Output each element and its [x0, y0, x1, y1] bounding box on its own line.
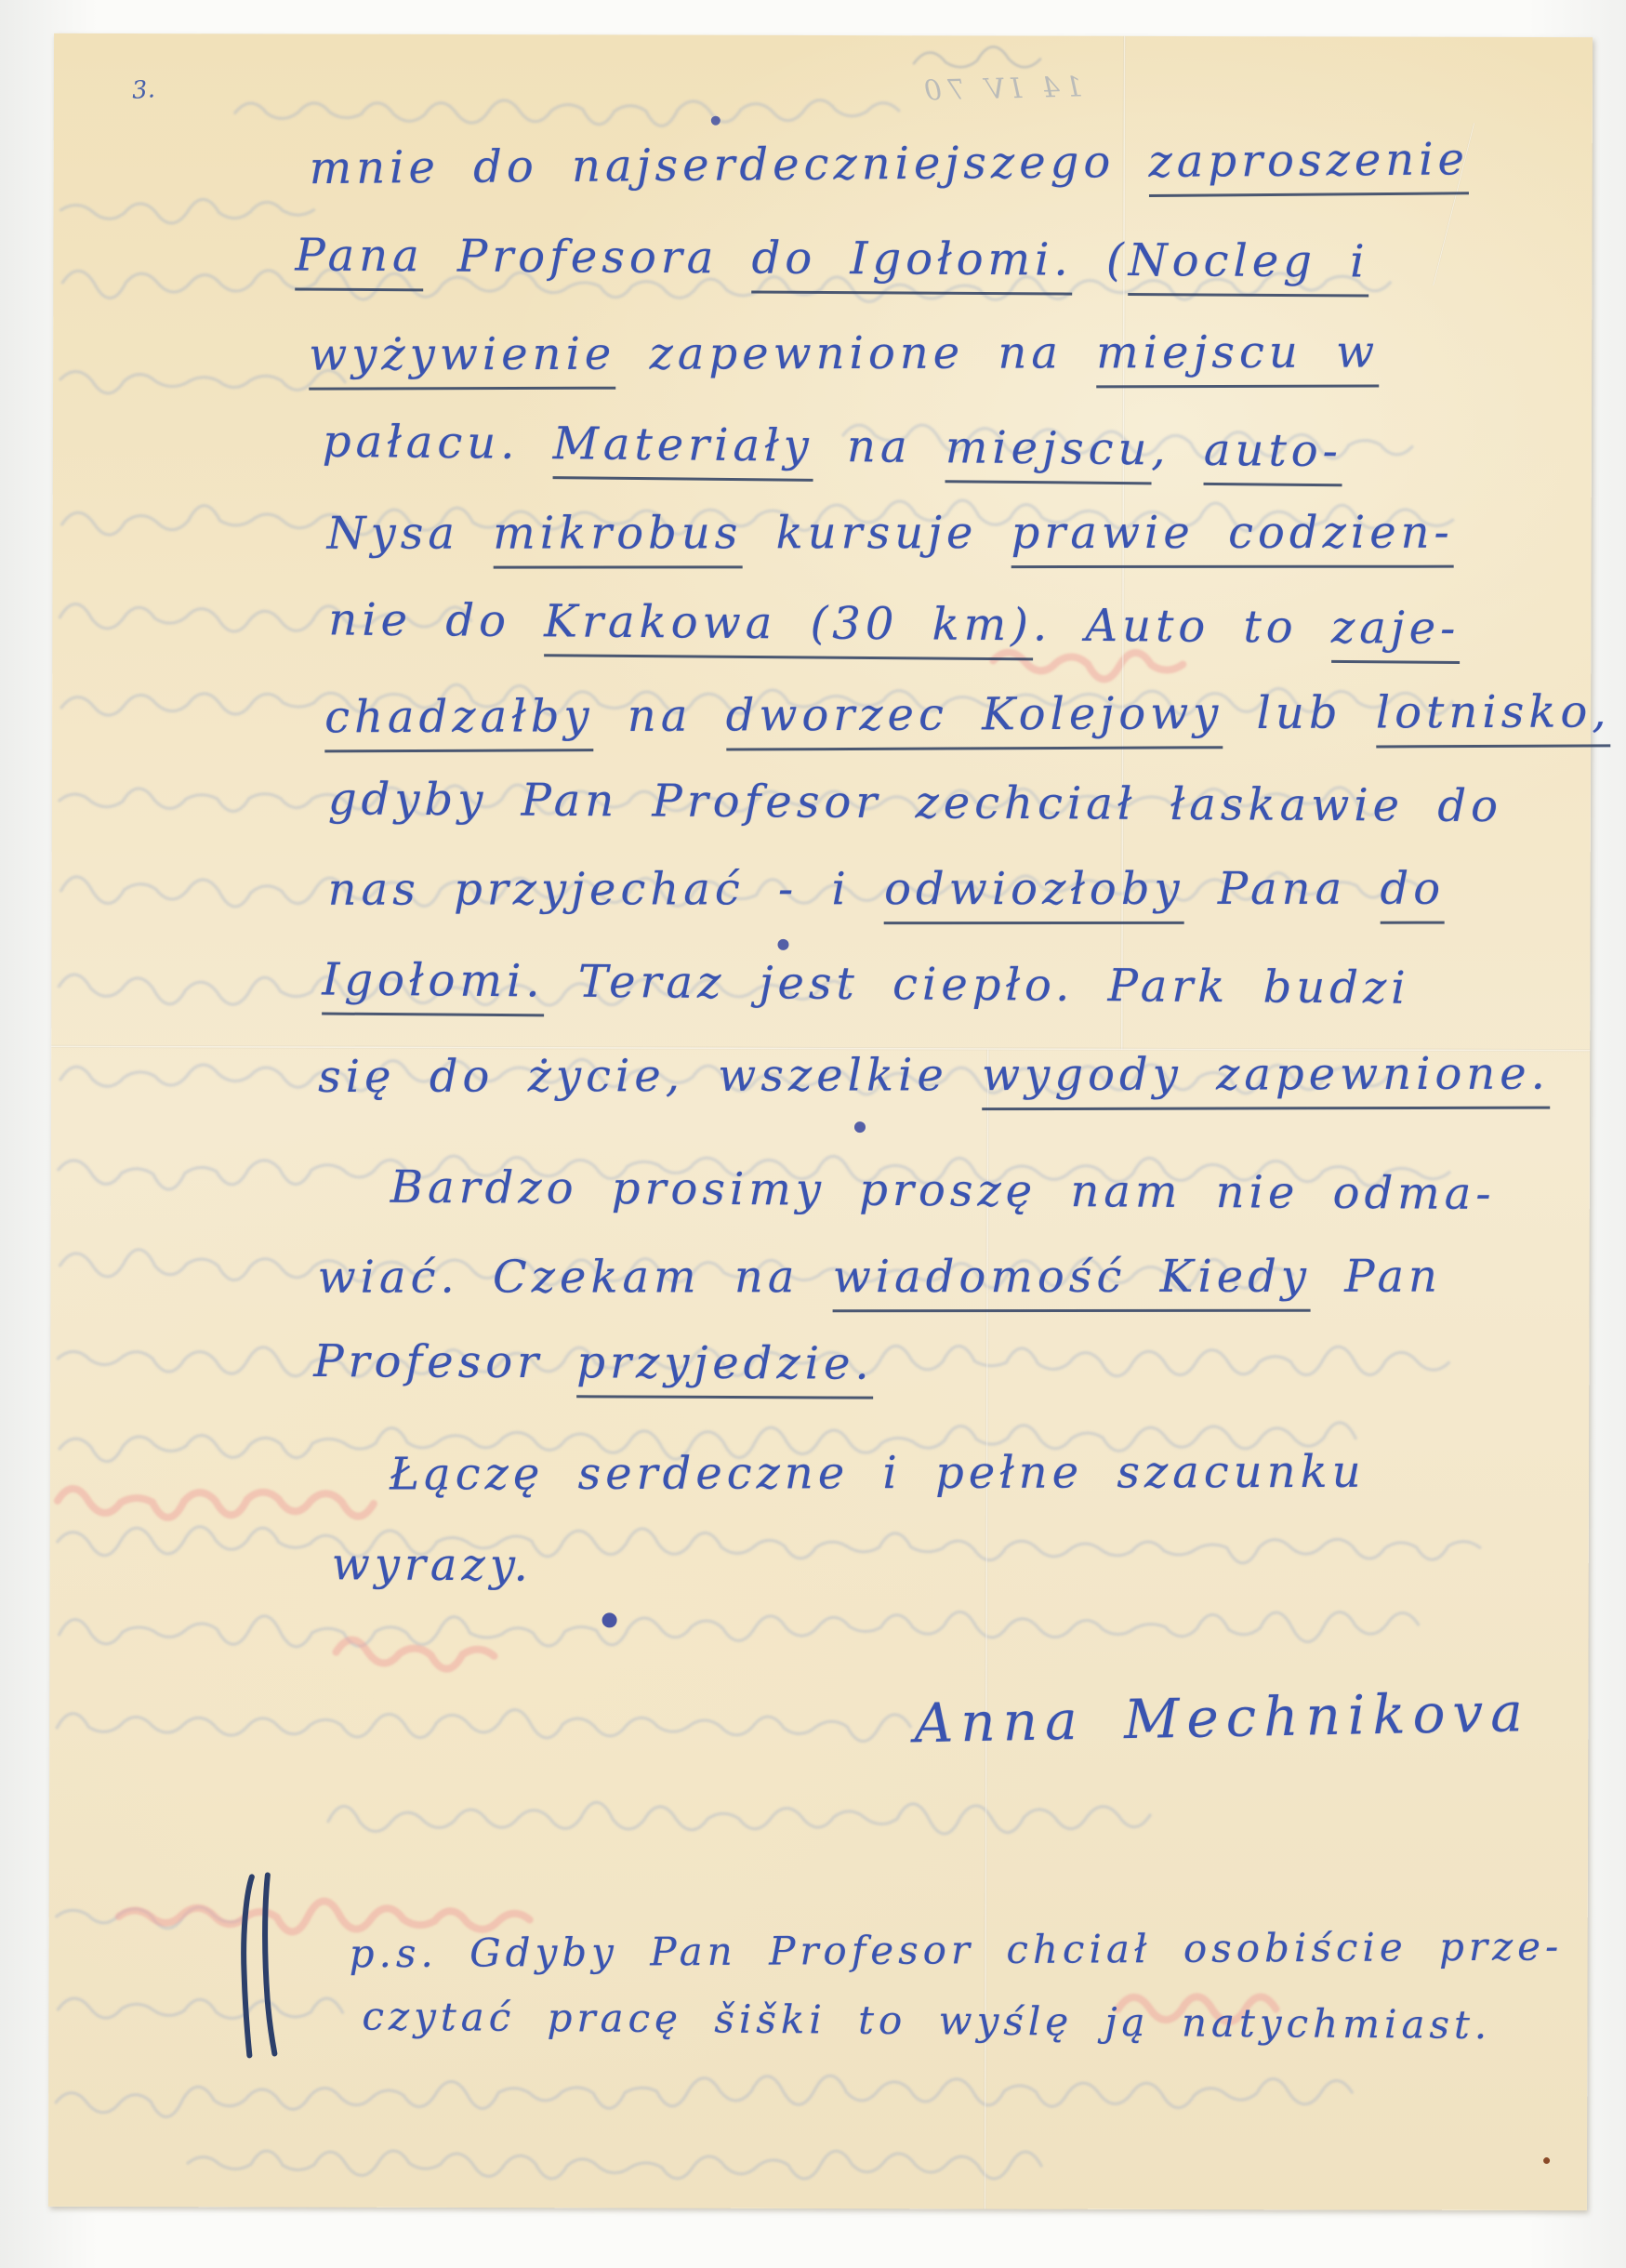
- ink-blot: [854, 1121, 866, 1133]
- ink-blot: [777, 939, 788, 950]
- letter-paper: 3. 14 IV 70 mnie do najserdeczniejszego …: [48, 33, 1593, 2210]
- ink-blot: [602, 1612, 617, 1627]
- scanned-letter-page: 3. 14 IV 70 mnie do najserdeczniejszego …: [0, 0, 1626, 2268]
- ink-marks-layer: [48, 33, 1593, 2210]
- ink-blot: [711, 116, 720, 126]
- postscript-margin-mark: [244, 1875, 275, 2055]
- paper-speck: [1543, 2157, 1550, 2164]
